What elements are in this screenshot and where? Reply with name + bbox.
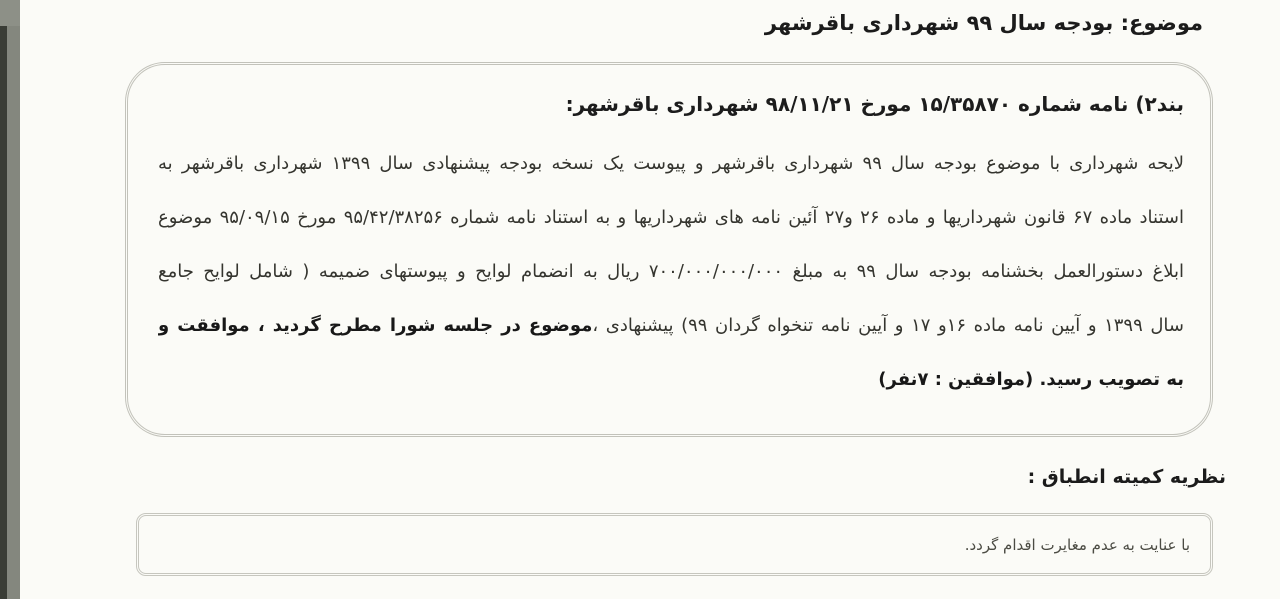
- line-text-bold: موضوع در جلسه شورا مطرح گردید ، موافقت و: [158, 315, 592, 336]
- letter-heading: بند۲) نامه شماره ۱۵/۳۵۸۷۰ مورخ ۹۸/۱۱/۲۱ …: [158, 91, 1184, 117]
- scan-edge-top: [0, 0, 20, 26]
- letter-body-line: لایحه شهرداری با موضوع بودجه سال ۹۹ شهرد…: [158, 137, 1184, 191]
- line-text: لایحه شهرداری با موضوع بودجه سال ۹۹ شهرد…: [158, 153, 1184, 174]
- letter-body: لایحه شهرداری با موضوع بودجه سال ۹۹ شهرد…: [158, 137, 1184, 407]
- letter-body-line: سال ۱۳۹۹ و آیین نامه ماده ۱۶و ۱۷ و آیین …: [158, 299, 1184, 353]
- scanned-document-page: { "page": { "title": "موضوع: بودجه سال ۹…: [0, 0, 1280, 599]
- letter-section-box: بند۲) نامه شماره ۱۵/۳۵۸۷۰ مورخ ۹۸/۱۱/۲۱ …: [125, 62, 1213, 437]
- scan-edge-strip: [0, 0, 20, 599]
- line-text: سال ۱۳۹۹ و آیین نامه ماده ۱۶و ۱۷ و آیین …: [592, 315, 1184, 336]
- line-text: ابلاغ دستورالعمل بخشنامه بودجه سال ۹۹ به…: [158, 261, 1184, 282]
- compliance-note-text: با عنایت به عدم مغایرت اقدام گردد.: [965, 536, 1190, 554]
- letter-body-line: ابلاغ دستورالعمل بخشنامه بودجه سال ۹۹ به…: [158, 245, 1184, 299]
- line-text: استناد ماده ۶۷ قانون شهرداریها و ماده ۲۶…: [158, 207, 1184, 228]
- line-text-bold: به تصویب رسید. (موافقین : ۷نفر): [878, 369, 1184, 390]
- document-subject-title: موضوع: بودجه سال ۹۹ شهرداری باقرشهر: [765, 11, 1203, 35]
- letter-body-line: به تصویب رسید. (موافقین : ۷نفر): [158, 353, 1184, 407]
- compliance-committee-heading: نظریه کمیته انطباق :: [1028, 466, 1226, 488]
- compliance-note-box: با عنایت به عدم مغایرت اقدام گردد.: [136, 513, 1213, 576]
- letter-body-line: استناد ماده ۶۷ قانون شهرداریها و ماده ۲۶…: [158, 191, 1184, 245]
